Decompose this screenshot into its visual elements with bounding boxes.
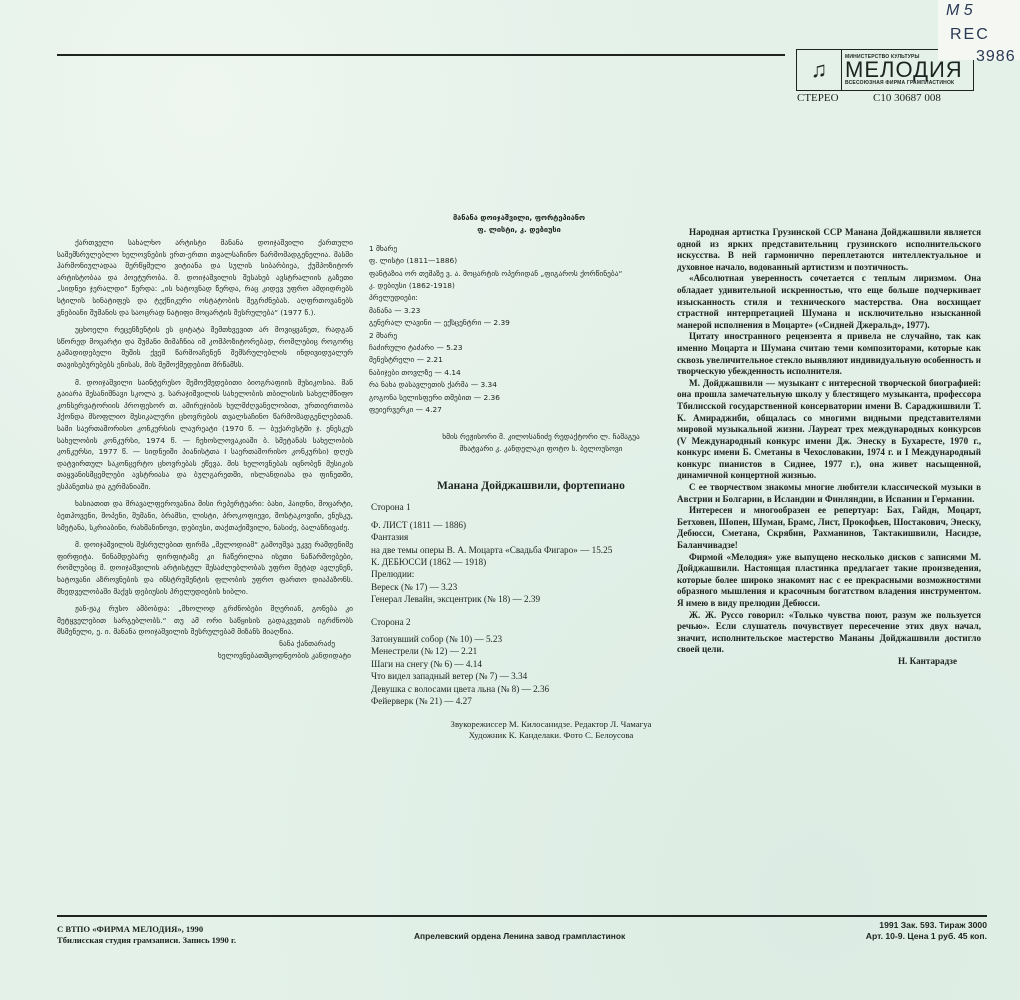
georgian-paragraph: უცხოელი რეცენზენტის ეს ციტატა შემთხვევით… [57,324,353,370]
russian-paragraph: Цитату иностранного рецензента я привела… [677,331,981,377]
georgian-paragraph: მ. დოიჯაშვილის შესრულებით ფირმა „მელოდია… [57,539,353,597]
georgian-paragraph: ქართველი სახალხო არტისტი მანანა დოიჯაშვი… [57,237,353,318]
georgian-composers: ფ. ლისტი, კ. დებიუსი [369,224,669,236]
russian-credits-line: Художник К. Канделаки. Фото С. Белоусова [431,730,671,742]
copyright-line: С ВТПО «ФИРМА МЕЛОДИЯ», 1990 [57,924,236,935]
russian-paragraph: С ее творчеством знакомы многие любители… [677,482,981,505]
georgian-track: რა ნახა დასავლეთის ქარმა — 3.34 [369,379,669,391]
georgian-side2-label: 2 მხარე [369,330,669,342]
georgian-paragraph: ხასიათით და მრავალფეროვანია მისი რეპერტუ… [57,498,353,533]
georgian-credits-line: მხატვარი კ. კანდელაკი ფოტო ს. ბელოუსოვი [369,443,665,455]
georgian-track: გოგონა სელისფერი თმებით — 2.36 [369,392,669,404]
russian-track: на две темы оперы В. А. Моцарта «Свадьба… [371,544,671,556]
pressing-plant: Апрелевский ордена Ленина завод грамплас… [414,931,625,941]
russian-paragraph: Ж. Ж. Руссо говорил: «Только чувства пою… [677,610,981,656]
russian-track: Шаги на снегу (№ 6) — 4.14 [371,658,671,670]
recording-line: Тбилисская студия грамзаписи. Запись 199… [57,935,236,946]
russian-liner-notes: Народная артистка Грузинской ССР Манана … [677,227,981,668]
russian-side2-label: Сторона 2 [371,616,671,628]
georgian-credits-line: ხმის რეჟისორი მ. კილოსანიძე რედაქტორი ლ.… [369,431,665,443]
russian-paragraph: Народная артистка Грузинской ССР Манана … [677,227,981,273]
russian-paragraph: «Абсолютная уверенность сочетается с теп… [677,273,981,331]
copyright-block: С ВТПО «ФИРМА МЕЛОДИЯ», 1990 Тбилисская … [57,924,236,945]
georgian-track: მანანა — 3.23 [369,305,669,317]
georgian-track: ჩაძირული ტაძარი — 5.23 [369,342,669,354]
georgian-track: კ. დებიუსი (1862-1918) [369,280,669,292]
russian-tracklist: Манана Дойджашвили, фортепиано Сторона 1… [371,480,671,742]
russian-track: Ф. ЛИСТ (1811 — 1886) [371,519,671,531]
georgian-tracklist: მანანა დოიჯაშვილი, ფორტეპიანო ფ. ლისტი, … [369,212,669,455]
georgian-credits: ხმის რეჟისორი მ. კილოსანიძე რედაქტორი ლ.… [369,431,669,455]
russian-credits-line: Звукорежиссер М. Килосанидзе. Редактор Л… [431,719,671,731]
georgian-track: გენერალ ლავინი — ექსცენტრი — 2.39 [369,317,669,329]
russian-track: Вереск (№ 17) — 3.23 [371,581,671,593]
georgian-signature-title: ხელოვნებათმცოდნეობის კანდიდატი [57,650,353,662]
russian-performer: Манана Дойджашвили, фортепиано [391,480,671,492]
georgian-track: პრელუდიები: [369,292,669,304]
sticker-rec-label: REC [950,26,990,44]
russian-signature: Н. Кантарадзе [677,656,981,668]
bottom-rule [57,915,987,917]
georgian-paragraph: მ. დოიჯაშვილი საინტერესო შემოქმედებითი ბ… [57,377,353,493]
price-line: Арт. 10-9. Цена 1 руб. 45 коп. [866,931,987,942]
logo-brand-name: МЕЛОДИЯ [845,60,973,80]
georgian-paragraph: ჟან-ჟაკ რუსო ამბობდა: „მხოლოდ გრძნობები … [57,603,353,638]
georgian-track: ფანტაზია ორ თემაზე ვ. ა. მოცარტის ოპერიდ… [369,268,669,280]
russian-track: Фейерверк (№ 21) — 4.27 [371,695,671,707]
georgian-track: ნაბიჯები თოვლზე — 4.14 [369,367,669,379]
catalog-number: С10 30687 008 [873,92,941,104]
russian-track: Фантазия [371,531,671,543]
georgian-side1-label: 1 მხარე [369,243,669,255]
georgian-track: მენესტრელი — 2.21 [369,354,669,366]
top-rule [57,54,785,56]
russian-paragraph: М. Дойджашвили — музыкант с интересной т… [677,378,981,482]
sticker-number: 3986 [976,48,1016,66]
russian-credits: Звукорежиссер М. Килосанидзе. Редактор Л… [371,719,671,742]
georgian-track: ფ. ლისტი (1811—1886) [369,255,669,267]
handwritten-mark: M 5 [946,2,973,20]
print-order-line: 1991 Зак. 593. Тираж 3000 [866,920,987,931]
russian-track: Генерал Левайн, эксцентрик (№ 18) — 2.39 [371,593,671,605]
russian-track: Затонувший собор (№ 10) — 5.23 [371,633,671,645]
russian-paragraph: Фирмой «Мелодия» уже выпущено несколько … [677,552,981,610]
georgian-liner-notes: ქართველი სახალხო არტისტი მანანა დოიჯაშვი… [57,237,353,661]
stereo-label: СТЕРЕО [797,92,839,104]
logo-company-text: ВСЕСОЮЗНАЯ ФИРМА ГРАМПЛАСТИНОК [845,80,973,86]
russian-paragraph: Интересен и многообразен ее репертуар: Б… [677,505,981,551]
russian-side1-label: Сторона 1 [371,501,671,513]
russian-track: Девушка с волосами цвета льна (№ 8) — 2.… [371,683,671,695]
print-info: 1991 Зак. 593. Тираж 3000 Арт. 10-9. Цен… [866,920,987,941]
russian-track: К. ДЕБЮССИ (1862 — 1918) [371,556,671,568]
georgian-signature: ნანა ქანთარაძე [57,638,353,650]
russian-track: Что видел западный ветер (№ 7) — 3.34 [371,670,671,682]
russian-track: Менестрели (№ 12) — 2.21 [371,645,671,657]
melodiya-emblem-icon: ♫ [797,50,842,90]
georgian-track: ფეიერვერკი — 4.27 [369,404,669,416]
georgian-performer: მანანა დოიჯაშვილი, ფორტეპიანო [369,212,669,224]
russian-track: Прелюдии: [371,568,671,580]
